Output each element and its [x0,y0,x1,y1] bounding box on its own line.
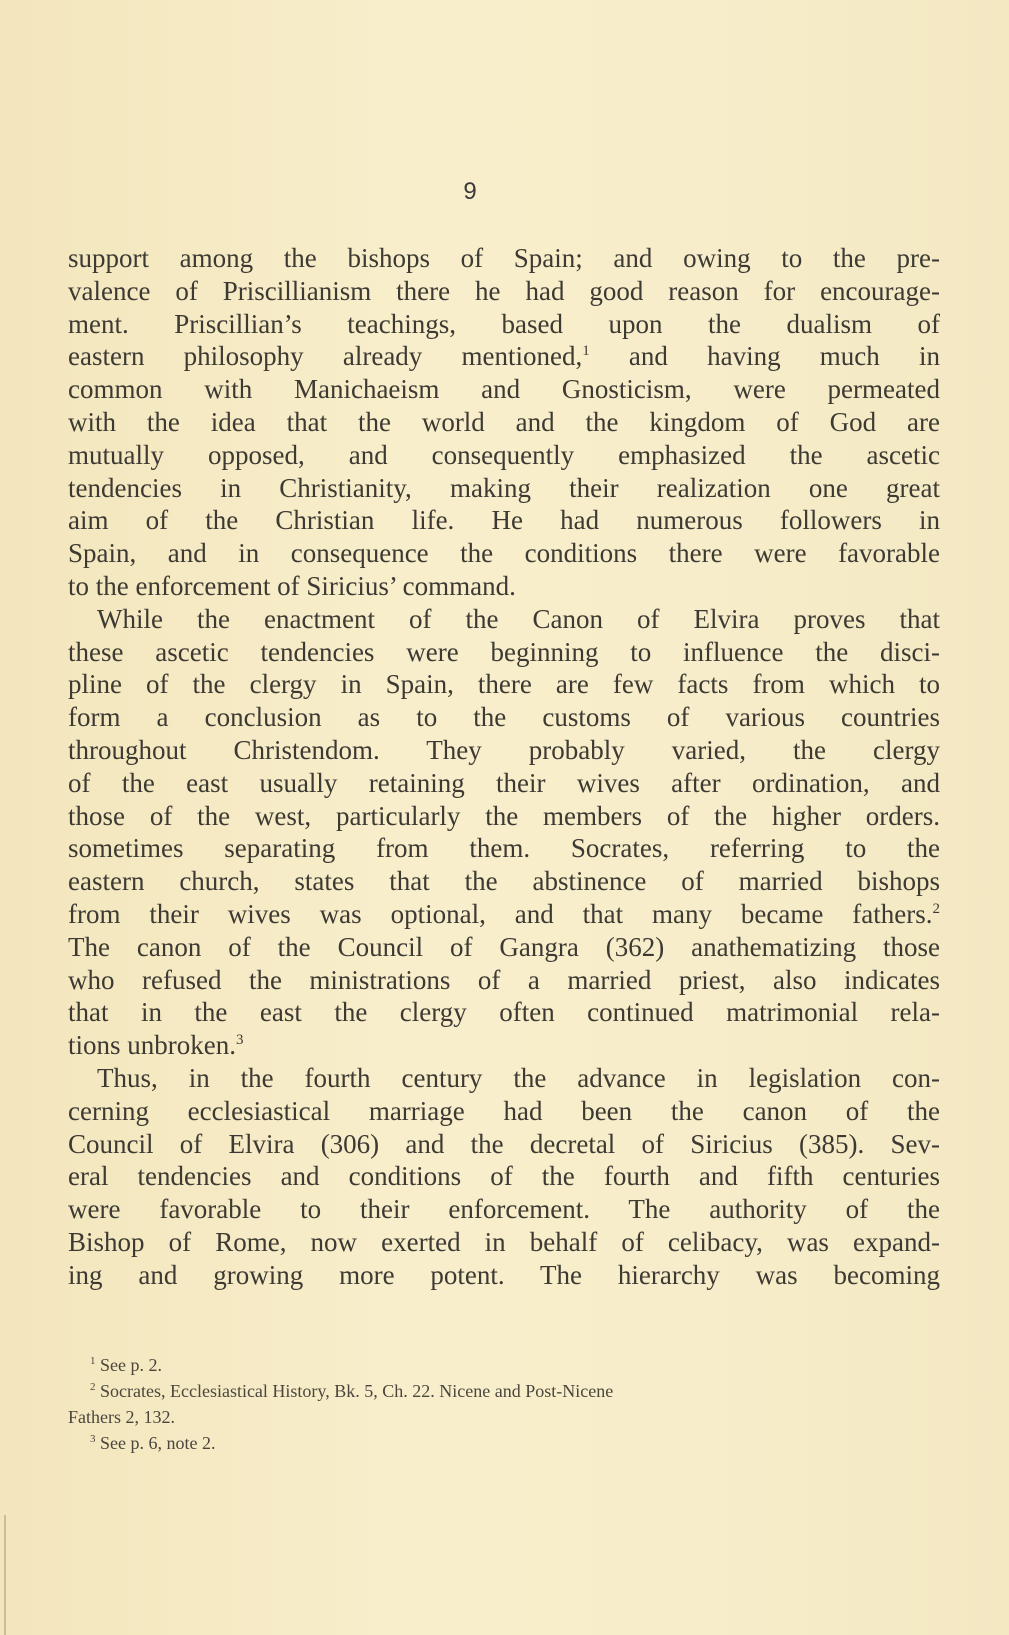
text-line: While the enactment of the Canon of Elvi… [68,603,940,636]
text-line: eral tendencies and conditions of the fo… [68,1160,940,1193]
text-line-content: The canon of the Council of Gangra (362)… [68,932,940,962]
text-line-content: tendencies in Christianity, making their… [68,473,940,503]
text-line: mutually opposed, and consequently empha… [68,439,940,472]
footnote-text: See p. 2. [100,1355,162,1375]
text-line-content: these ascetic tendencies were beginning … [68,637,940,667]
text-line: to the enforcement of Siricius’ command. [68,570,940,603]
text-line-content: valence of Priscillianism there he had g… [68,276,940,306]
text-line-content: throughout Christendom. They probably va… [68,735,940,765]
page-number: 9 [0,178,940,206]
footnote-reference: 3 [236,1032,244,1048]
text-line-content: eastern church, states that the abstinen… [68,866,940,896]
text-line-content: were favorable to their enforcement. The… [68,1194,940,1224]
text-line-content: eastern philosophy already mentioned, [68,341,582,371]
text-line-content: common with Manichaeism and Gnosticism, … [68,374,940,404]
text-line: those of the west, particularly the memb… [68,800,940,833]
text-line-content: of the east usually retaining their wive… [68,768,940,798]
footnote-reference: 2 [933,901,941,917]
text-line-content: tions unbroken. [68,1030,236,1060]
footnote: 3 See p. 6, note 2. [68,1430,940,1456]
text-line: aim of the Christian life. He had numero… [68,504,940,537]
text-line-content: mutually opposed, and consequently empha… [68,440,940,470]
text-line-content: Thus, in the fourth century the advance … [97,1063,940,1093]
text-line: Council of Elvira (306) and the decretal… [68,1128,940,1161]
footnote-reference: 1 [582,343,590,359]
text-line: Spain, and in consequence the conditions… [68,537,940,570]
footnote: 2 Socrates, Ecclesiastical History, Bk. … [68,1378,940,1404]
text-line-content: aim of the Christian life. He had numero… [68,505,940,535]
text-line: form a conclusion as to the customs of v… [68,701,940,734]
body-text: support among the bishops of Spain; and … [68,242,940,1292]
text-line: The canon of the Council of Gangra (362)… [68,931,940,964]
book-page: 9 support among the bishops of Spain; an… [0,0,1009,1635]
text-line-content: While the enactment of the Canon of Elvi… [97,604,940,634]
text-line-content: form a conclusion as to the customs of v… [68,702,940,732]
text-line-content: with the idea that the world and the kin… [68,407,940,437]
footnote: Fathers 2, 132. [68,1404,940,1430]
text-line: tendencies in Christianity, making their… [68,472,940,505]
text-line-content: Bishop of Rome, now exerted in behalf of… [68,1227,940,1257]
text-line-content: Spain, and in consequence the conditions… [68,538,940,568]
footnote-mark: 2 [90,1381,96,1393]
text-line: eastern philosophy already mentioned,1 a… [68,340,940,373]
text-line: eastern church, states that the abstinen… [68,865,940,898]
text-line-content: pline of the clergy in Spain, there are … [68,669,940,699]
text-line: valence of Priscillianism there he had g… [68,275,940,308]
text-line: that in the east the clergy often contin… [68,996,940,1029]
text-line-content: cerning ecclesiastical marriage had been… [68,1096,940,1126]
footnote-mark: 3 [90,1433,96,1445]
footnotes: 1 See p. 2.2 Socrates, Ecclesiastical Hi… [68,1352,940,1456]
text-line-content: support among the bishops of Spain; and … [68,243,940,273]
footnote-mark: 1 [90,1355,96,1367]
text-line-content: eral tendencies and conditions of the fo… [68,1161,940,1191]
text-line: who refused the ministrations of a marri… [68,964,940,997]
text-line: cerning ecclesiastical marriage had been… [68,1095,940,1128]
page-edge-line [4,1515,6,1635]
text-line-content: from their wives was optional, and that … [68,899,933,929]
text-line-content: that in the east the clergy often contin… [68,997,940,1027]
text-line: from their wives was optional, and that … [68,898,940,931]
footnote-text: Fathers 2, 132. [68,1407,175,1427]
footnote-text: See p. 6, note 2. [100,1433,215,1453]
text-line: throughout Christendom. They probably va… [68,734,940,767]
text-line-content: those of the west, particularly the memb… [68,801,940,831]
text-line-content: Council of Elvira (306) and the decretal… [68,1129,940,1159]
text-line: ing and growing more potent. The hierarc… [68,1259,940,1292]
text-line-content: who refused the ministrations of a marri… [68,965,940,995]
text-line-content: ing and growing more potent. The hierarc… [68,1260,940,1290]
text-line-content: and having much in [590,341,940,371]
text-line: these ascetic tendencies were beginning … [68,636,940,669]
text-line: sometimes separating from them. Socrates… [68,832,940,865]
text-line: of the east usually retaining their wive… [68,767,940,800]
text-line: Thus, in the fourth century the advance … [68,1062,940,1095]
text-line: support among the bishops of Spain; and … [68,242,940,275]
footnote-text: Socrates, Ecclesiastical History, Bk. 5,… [100,1381,613,1401]
text-line-content: sometimes separating from them. Socrates… [68,833,940,863]
text-line: with the idea that the world and the kin… [68,406,940,439]
text-line-content: to the enforcement of Siricius’ command. [68,571,516,601]
text-line: tions unbroken.3 [68,1029,940,1062]
text-line: Bishop of Rome, now exerted in behalf of… [68,1226,940,1259]
text-line: were favorable to their enforcement. The… [68,1193,940,1226]
footnote: 1 See p. 2. [68,1352,940,1378]
text-line: common with Manichaeism and Gnosticism, … [68,373,940,406]
text-line: pline of the clergy in Spain, there are … [68,668,940,701]
text-line-content: ment. Priscillian’s teachings, based upo… [68,309,940,339]
text-line: ment. Priscillian’s teachings, based upo… [68,308,940,341]
